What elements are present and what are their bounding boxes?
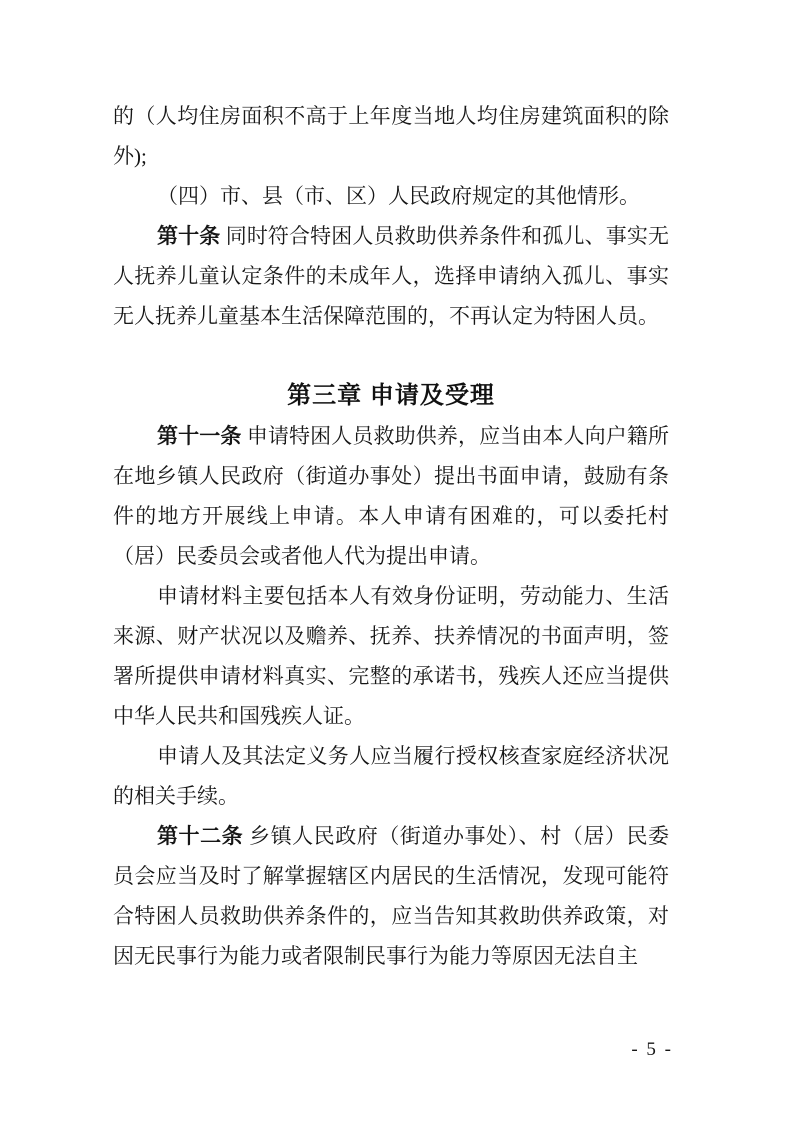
chapter-heading: 第三章 申请及受理 (113, 376, 669, 416)
body-paragraph: （四）市、县（市、区）人民政府规定的其他情形。 (113, 176, 669, 216)
article-number-label: 第十二条 (157, 824, 243, 848)
document-page: 的（人均住房面积不高于上年度当地人均住房建筑面积的除外);（四）市、县（市、区）… (0, 0, 793, 1122)
page-number: - 5 - (631, 1038, 673, 1062)
article-paragraph: 第十条 同时符合特困人员救助供养条件和孤儿、事实无人抚养儿童认定条件的未成年人，… (113, 216, 669, 336)
document-body: 的（人均住房面积不高于上年度当地人均住房建筑面积的除外);（四）市、县（市、区）… (113, 96, 669, 976)
article-paragraph: 第十二条 乡镇人民政府（街道办事处）、村（居）民委员会应当及时了解掌握辖区内居民… (113, 816, 669, 976)
body-paragraph: 的（人均住房面积不高于上年度当地人均住房建筑面积的除外); (113, 96, 669, 176)
article-paragraph: 第十一条 申请特困人员救助供养，应当由本人向户籍所在地乡镇人民政府（街道办事处）… (113, 416, 669, 576)
article-number-label: 第十一条 (157, 424, 241, 448)
body-paragraph: 申请人及其法定义务人应当履行授权核查家庭经济状况的相关手续。 (113, 736, 669, 816)
article-number-label: 第十条 (157, 224, 220, 248)
body-paragraph: 申请材料主要包括本人有效身份证明，劳动能力、生活来源、财产状况以及赡养、抚养、扶… (113, 576, 669, 736)
